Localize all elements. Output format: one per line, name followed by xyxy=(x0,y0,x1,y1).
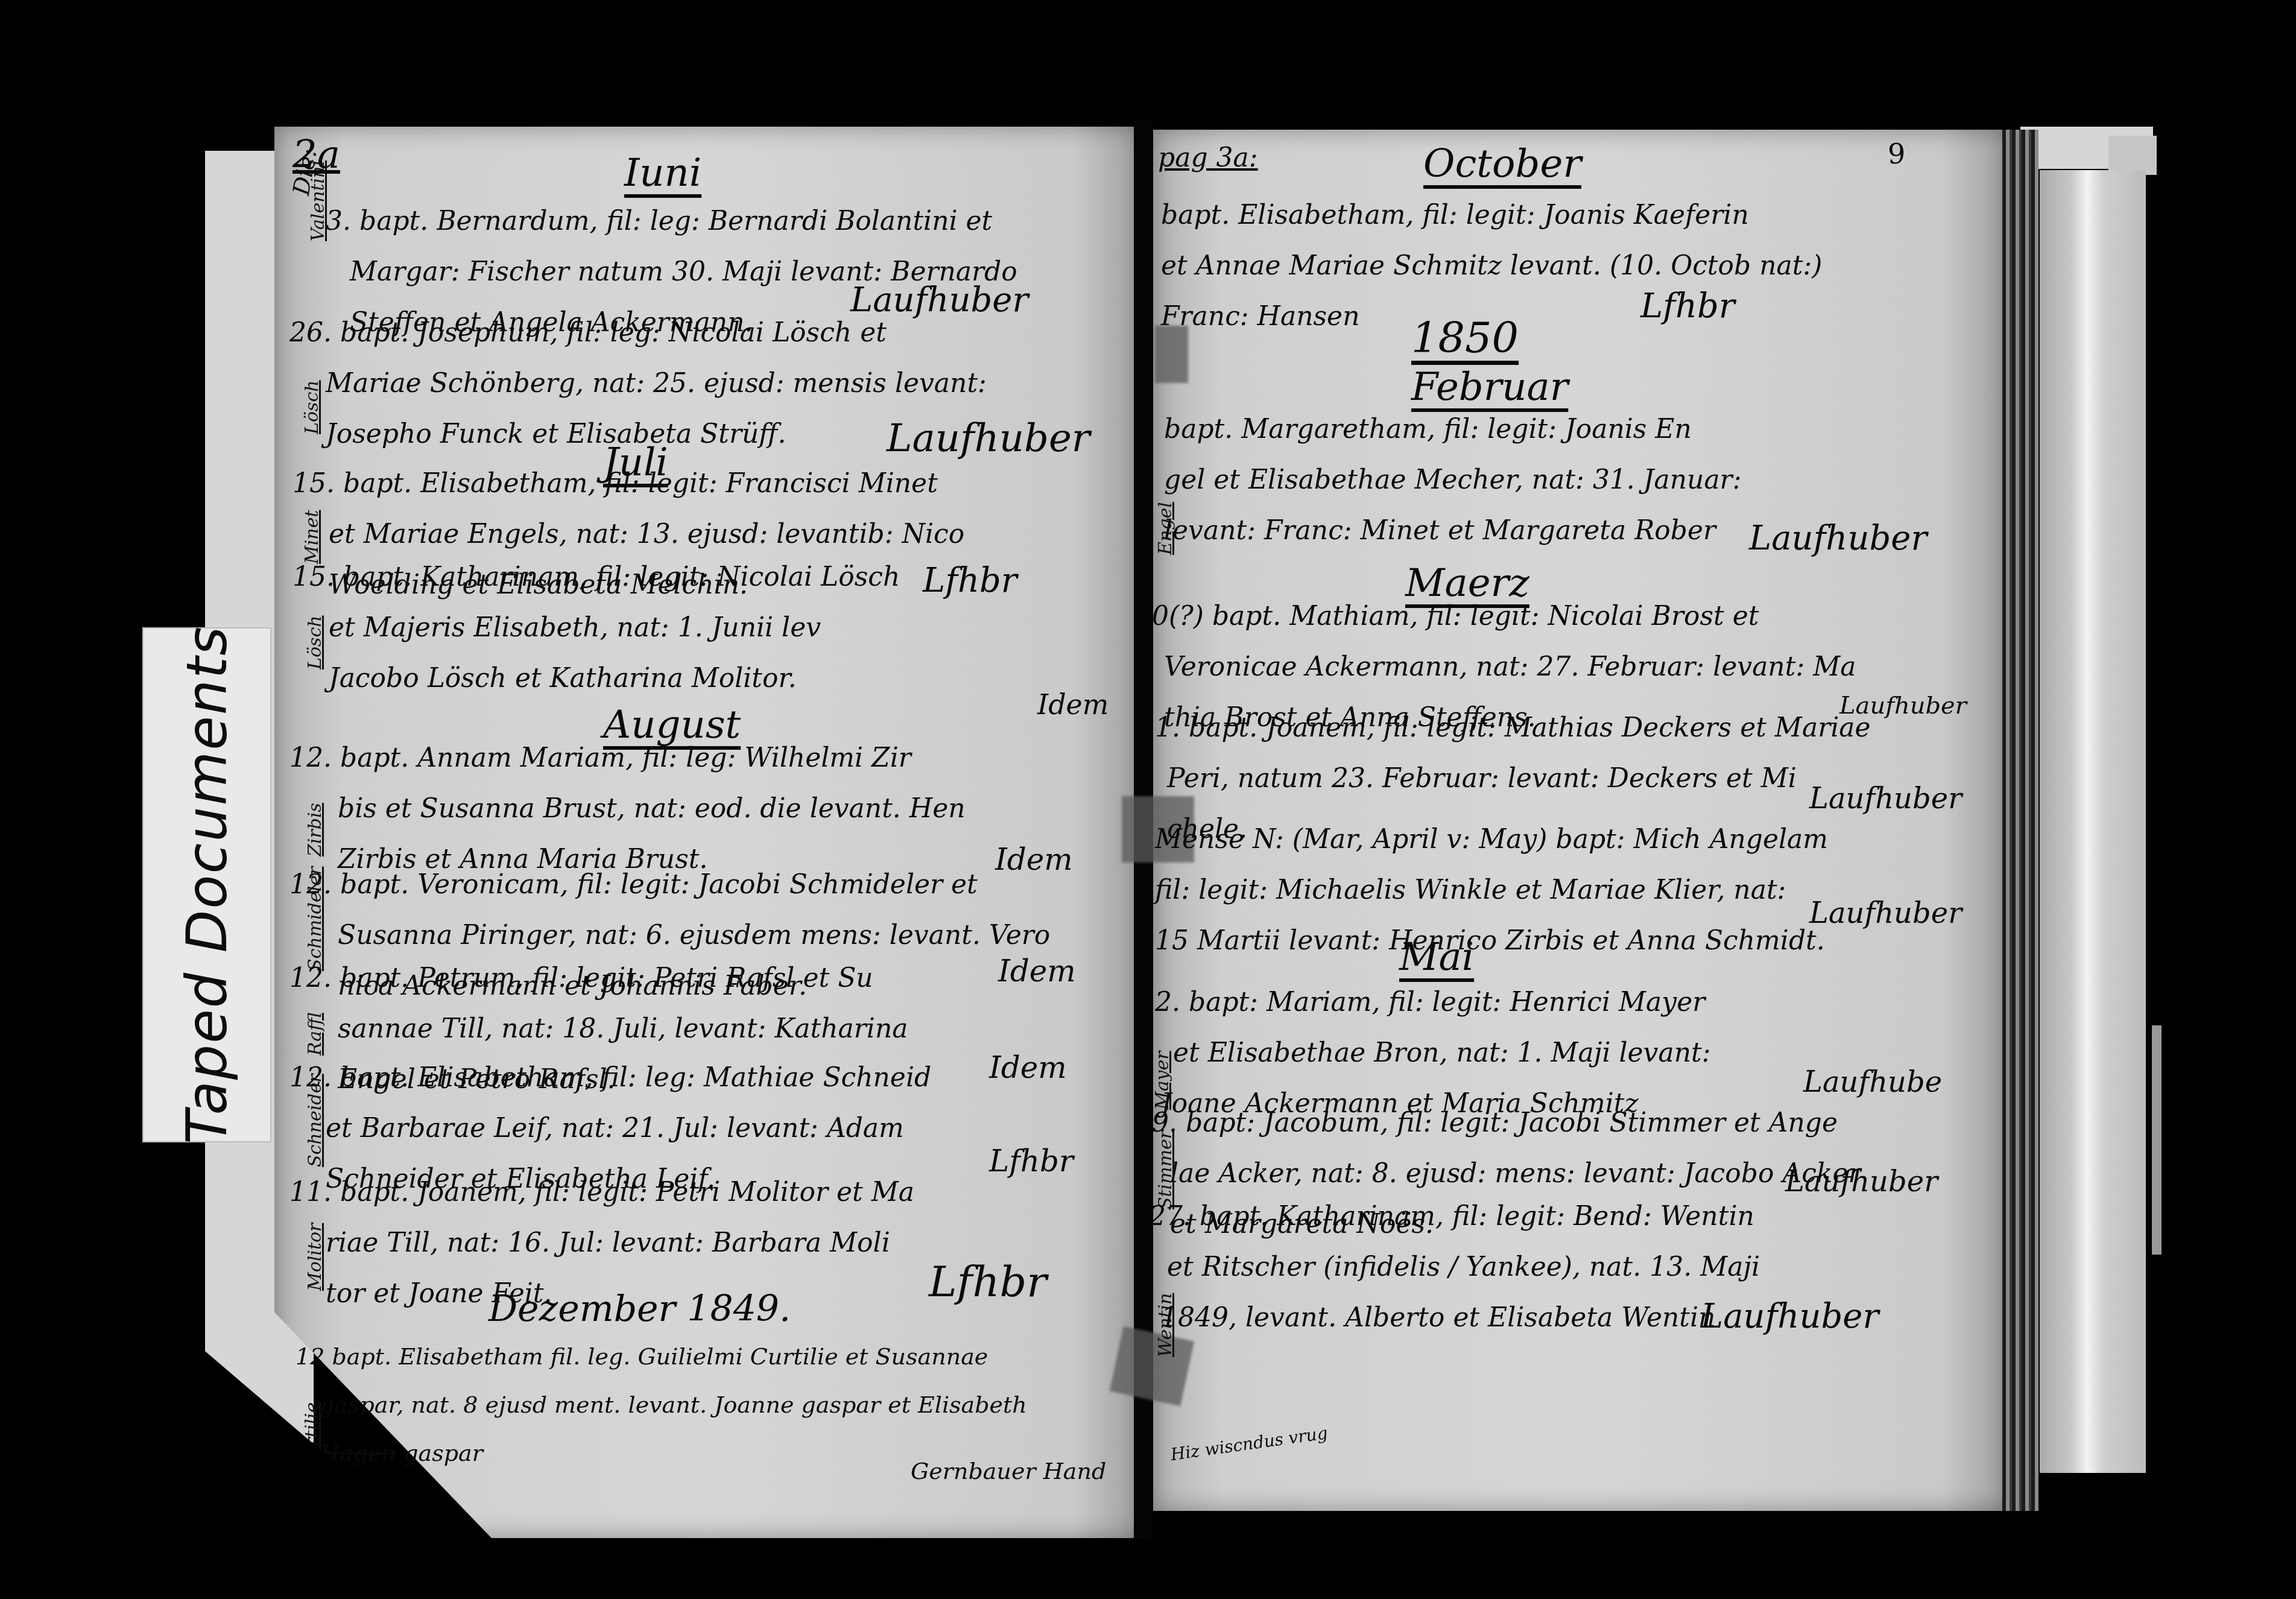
month-heading: Maerz xyxy=(1405,564,1529,603)
register-entry: 27. bapt. Katharinam, fil: legit: Bend: … xyxy=(1149,1203,1760,1355)
register-entry: Mense N: (Mar, April v: May) bapt: Mich … xyxy=(1155,826,1828,978)
register-entry: 15. bapt. Katharinam, fil: legit: Nicola… xyxy=(293,564,900,716)
signature: Laufhuber xyxy=(1749,522,1927,556)
signature: Lfhbr xyxy=(989,1146,1074,1176)
margin-surname: Valentini xyxy=(308,160,329,241)
margin-surname: Lösch xyxy=(302,380,323,434)
signature: Laufhuber xyxy=(1809,784,1962,813)
margin-surname: Lösch xyxy=(305,615,326,670)
margin-surname: Stimmer xyxy=(1155,1130,1176,1209)
signature: Idem xyxy=(995,844,1073,875)
margin-surname: Raffl xyxy=(305,1013,326,1056)
entry-day: 3. bapt. Bernardum, fil: leg: Bernardi B… xyxy=(326,208,1017,259)
month-heading: August xyxy=(603,706,741,744)
year-heading: 1850 xyxy=(1411,317,1519,359)
margin-surname: Engel xyxy=(1155,502,1176,555)
signature: Laufhuber xyxy=(1785,1167,1938,1196)
taped-documents-label: Taped Documents xyxy=(142,627,271,1142)
signature: Gernbauer Hand xyxy=(911,1460,1106,1483)
margin-surname: Zirbis xyxy=(305,803,326,856)
signature: Laufhuber xyxy=(1701,1300,1879,1334)
signature: Laufhuber xyxy=(850,283,1028,317)
signature: Lfhbr xyxy=(923,564,1017,598)
month-heading: Februar xyxy=(1411,368,1568,407)
loose-sheet-right xyxy=(2040,170,2146,1473)
right-page-number: 9 xyxy=(1888,140,1905,168)
signature: Idem xyxy=(1037,691,1108,718)
page-edges xyxy=(2002,130,2038,1511)
margin-surname: Wentin xyxy=(1155,1293,1176,1357)
backing-sheet-far-right xyxy=(2108,136,2157,175)
page-reference: pag 3a: xyxy=(1158,145,1258,171)
month-heading: Mai xyxy=(1399,938,1474,977)
margin-surname: Molitor xyxy=(305,1223,326,1291)
month-heading: Iuni xyxy=(624,154,701,192)
margin-surname: Schneider xyxy=(305,1074,326,1167)
margin-surname: Minet xyxy=(302,510,323,564)
taped-documents-text: Taped Documents xyxy=(175,625,239,1144)
month-heading: Dezember 1849. xyxy=(489,1291,791,1327)
signature: Idem xyxy=(989,1053,1067,1083)
month-heading: October xyxy=(1423,145,1581,183)
signature: Lfhbr xyxy=(929,1261,1047,1303)
margin-surname: Schmideler xyxy=(305,867,326,971)
signature: Lfhbr xyxy=(1640,290,1735,323)
loose-strip-right xyxy=(2152,1025,2162,1255)
register-entry: bapt. Margaretham, fil: legit: Joanis En… xyxy=(1164,416,1741,568)
signature: Laufhuber xyxy=(1809,899,1962,928)
margin-surname: Mayer xyxy=(1152,1051,1173,1110)
signature: Idem xyxy=(998,956,1076,986)
signature: Laufhuber xyxy=(887,419,1090,458)
signature: Laufhube xyxy=(1803,1068,1942,1097)
